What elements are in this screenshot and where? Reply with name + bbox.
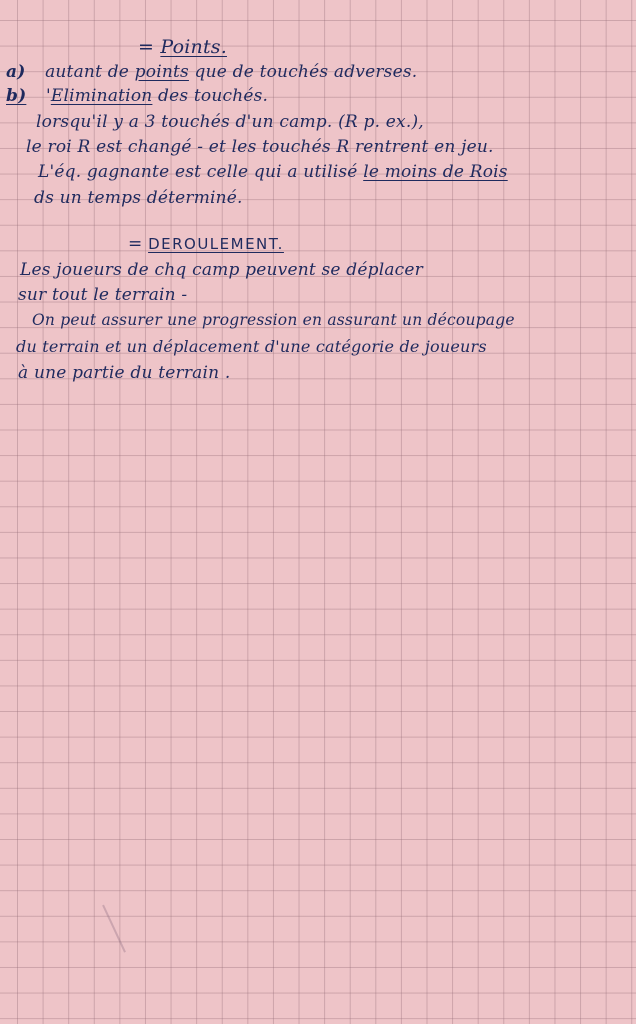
line-underlined: le moins de Rois xyxy=(363,162,508,182)
item-text: que de touchés adverses. xyxy=(189,62,417,82)
points-line-3: L'éq. gagnante est celle qui a utilisé l… xyxy=(38,162,508,182)
item-text: autant de xyxy=(45,62,135,82)
line-text: L'éq. gagnante est celle qui a utilisé xyxy=(38,162,363,182)
points-line-2: le roi R est changé - et les touchés R r… xyxy=(26,137,494,157)
item-marker: b) xyxy=(6,86,26,106)
paper-mark xyxy=(102,895,146,952)
item-underlined: points xyxy=(135,62,189,82)
item-text: des touchés. xyxy=(152,86,268,106)
item-marker: a) xyxy=(6,62,25,82)
points-heading: = Points. xyxy=(138,36,227,58)
points-item-a: a) autant de points que de touchés adver… xyxy=(6,62,417,82)
deroulement-heading: = DEROULEMENT. xyxy=(128,234,284,254)
deroulement-line-1: Les joueurs de chq camp peuvent se dépla… xyxy=(20,260,423,280)
deroulement-line-4: du terrain et un déplacement d'une catég… xyxy=(16,337,487,356)
heading-prefix: = xyxy=(138,36,154,58)
heading-title: Points. xyxy=(160,36,227,58)
deroulement-line-2: sur tout le terrain - xyxy=(18,285,187,305)
points-line-4: ds un temps déterminé. xyxy=(34,188,243,208)
item-underlined: Elimination xyxy=(51,86,153,106)
graph-paper-page: = Points. a) autant de points que de tou… xyxy=(0,0,636,1024)
deroulement-line-3: On peut assurer une progression en assur… xyxy=(32,311,515,329)
deroulement-line-5: à une partie du terrain . xyxy=(18,363,231,383)
points-item-b: b) 'Elimination des touchés. xyxy=(6,86,268,106)
points-line-1: lorsqu'il y a 3 touchés d'un camp. (R p.… xyxy=(36,112,424,132)
heading-title: DEROULEMENT. xyxy=(148,235,284,253)
heading-prefix: = xyxy=(128,234,142,254)
